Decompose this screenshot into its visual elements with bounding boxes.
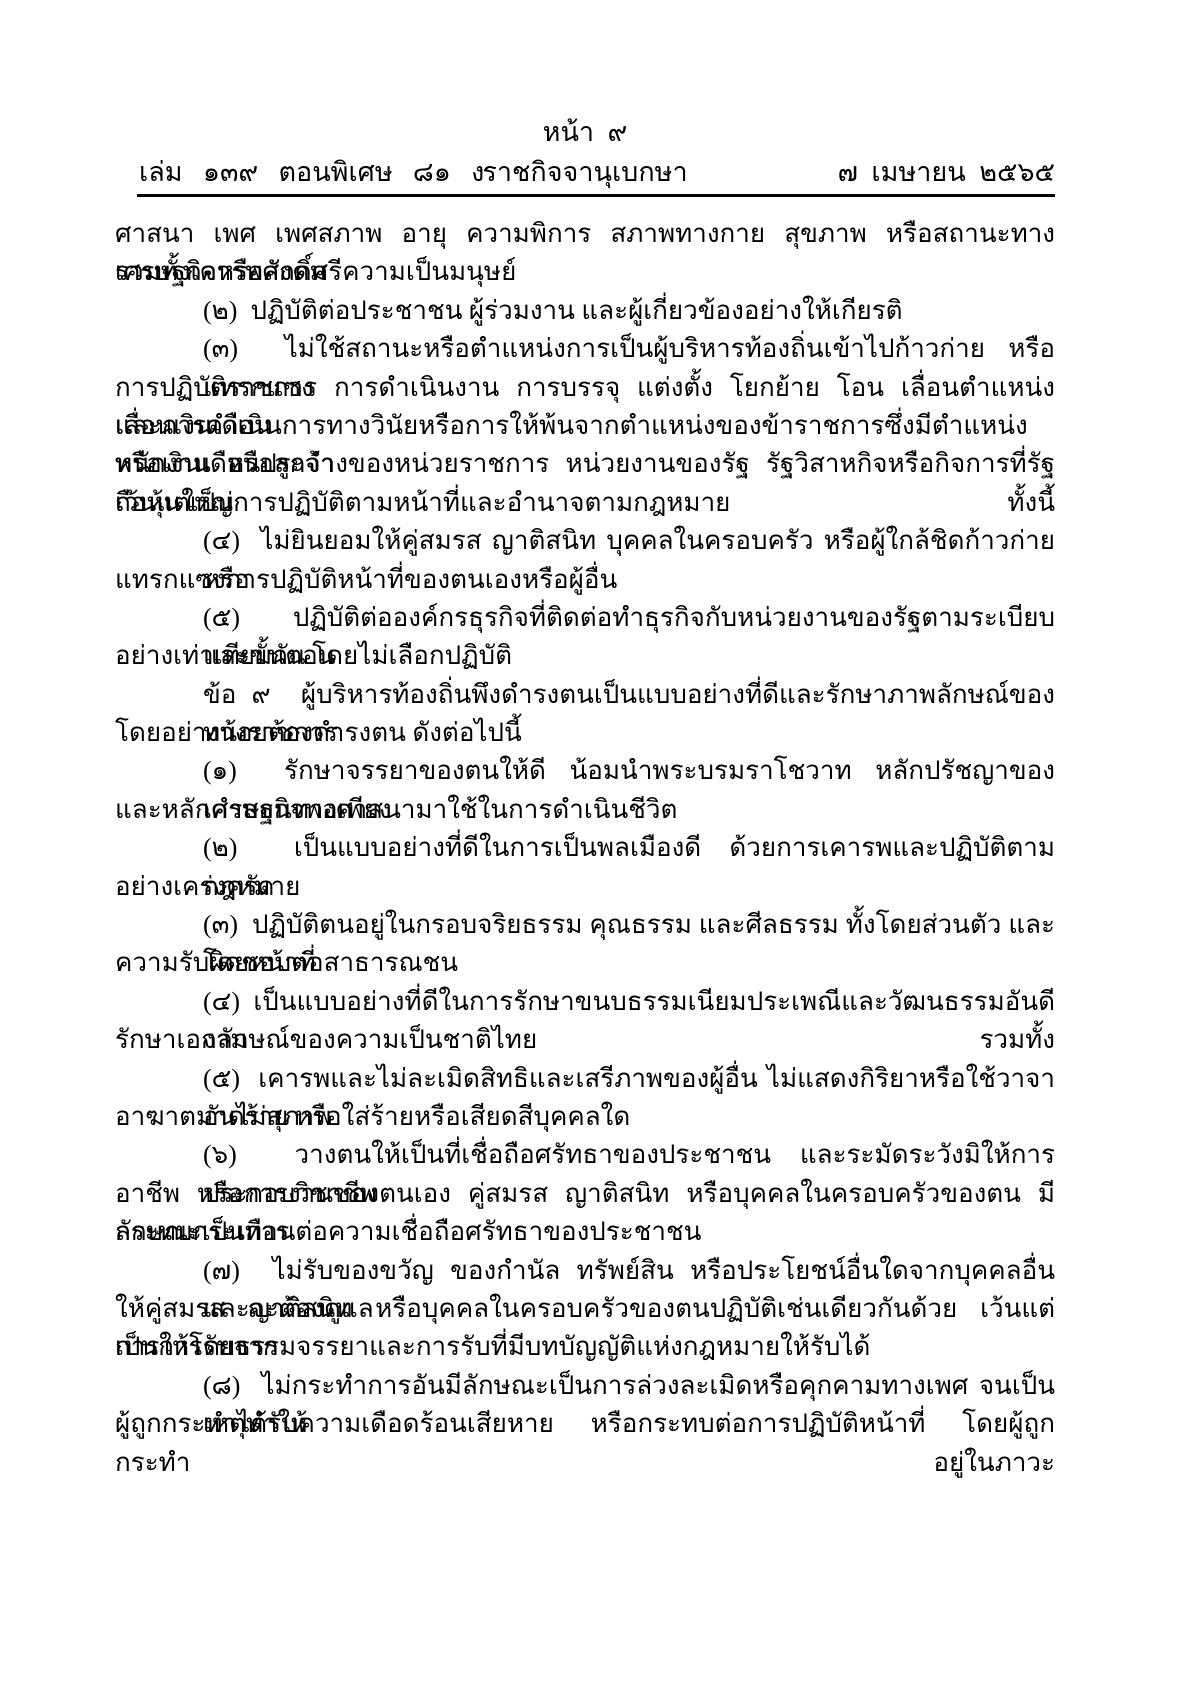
document-body: ศาสนา เพศ เพศสภาพ อายุ ความพิการ สภาพทาง… bbox=[115, 215, 1055, 1444]
gazette-page: หน้า ๙ เล่ม ๑๓๙ ตอนพิเศษ ๘๑ ง ราชกิจจานุ… bbox=[0, 0, 1190, 1684]
page-number-label: หน้า ๙ bbox=[115, 112, 1055, 152]
text-line: การให้โดยธรรมจรรยาและการรับที่มีบทบัญญัต… bbox=[115, 1328, 1055, 1366]
text-line: การปฏิบัติราชการ การดำเนินงาน การบรรจุ แ… bbox=[115, 369, 1055, 407]
text-line: รวมทั้งเคารพศักดิ์ศรีความเป็นมนุษย์ bbox=[115, 253, 1055, 291]
text-line: (๓) ปฏิบัติตนอยู่ในกรอบจริยธรรม คุณธรรม … bbox=[115, 906, 1055, 944]
header-rule bbox=[137, 194, 1055, 197]
date-label: ๗ เมษายน ๒๕๖๕ bbox=[838, 152, 1055, 192]
text-line: (๗) ไม่รับของขวัญ ของกำนัล ทรัพย์สิน หรื… bbox=[115, 1252, 1055, 1290]
text-line: (๘) ไม่กระทำการอันมีลักษณะเป็นการล่วงละเ… bbox=[115, 1367, 1055, 1405]
text-line: (๔) เป็นแบบอย่างที่ดีในการรักษาขนบธรรมเน… bbox=[115, 983, 1055, 1021]
text-line: ศาสนา เพศ เพศสภาพ อายุ ความพิการ สภาพทาง… bbox=[115, 215, 1055, 253]
text-line: กระทบกระเทือนต่อความเชื่อถือศรัทธาของประ… bbox=[115, 1213, 1055, 1251]
text-line: (๑) รักษาจรรยาของตนให้ดี น้อมนำพระบรมราโ… bbox=[115, 752, 1055, 790]
text-line: (๕) เคารพและไม่ละเมิดสิทธิและเสรีภาพของผ… bbox=[115, 1060, 1055, 1098]
text-line: ความรับผิดชอบต่อสาธารณชน bbox=[115, 944, 1055, 982]
page-content: หน้า ๙ เล่ม ๑๓๙ ตอนพิเศษ ๘๑ ง ราชกิจจานุ… bbox=[115, 112, 1055, 1444]
text-line: อาฆาตมาดร้าย หรือใส่ร้ายหรือเสียดสีบุคคล… bbox=[115, 1098, 1055, 1136]
text-line: อย่างเท่าเทียมกัน โดยไม่เลือกปฏิบัติ bbox=[115, 637, 1055, 675]
text-line: อย่างเคร่งครัด bbox=[115, 868, 1055, 906]
text-line: (๒) เป็นแบบอย่างที่ดีในการเป็นพลเมืองดี … bbox=[115, 829, 1055, 867]
text-line: (๕) ปฏิบัติต่อองค์กรธุรกิจที่ติดต่อทำธุร… bbox=[115, 599, 1055, 637]
text-line: (๔) ไม่ยินยอมให้คู่สมรส ญาติสนิท บุคคลใน… bbox=[115, 522, 1055, 560]
text-line: ข้อ ๙ ผู้บริหารท้องถิ่นพึงดำรงตนเป็นแบบอ… bbox=[115, 676, 1055, 714]
text-line: และหลักคำสอนทางศาสนามาใช้ในการดำเนินชีวิ… bbox=[115, 791, 1055, 829]
text-line: (๓) ไม่ใช้สถานะหรือตำแหน่งการเป็นผู้บริห… bbox=[115, 330, 1055, 368]
text-line: แทรกแซงการปฏิบัติหน้าที่ของตนเองหรือผู้อ… bbox=[115, 561, 1055, 599]
text-line: (๒) ปฏิบัติต่อประชาชน ผู้ร่วมงาน และผู้เ… bbox=[115, 292, 1055, 330]
text-line: (๖) วางตนให้เป็นที่เชื่อถือศรัทธาของประช… bbox=[115, 1136, 1055, 1174]
text-line: พนักงาน หรือลูกจ้างของหน่วยราชการ หน่วยง… bbox=[115, 445, 1055, 483]
volume-issue-label: เล่ม ๑๓๙ ตอนพิเศษ ๘๑ ง bbox=[139, 152, 484, 192]
text-line: อาชีพ หรือการงานของตนเอง คู่สมรส ญาติสนิ… bbox=[115, 1175, 1055, 1213]
text-line: โดยอย่างน้อยต้องดำรงตน ดังต่อไปนี้ bbox=[115, 714, 1055, 752]
header-row: เล่ม ๑๓๙ ตอนพิเศษ ๘๑ ง ราชกิจจานุเบกษา ๗… bbox=[115, 152, 1055, 192]
text-line: ผู้ถูกกระทำได้รับความเดือดร้อนเสียหาย หร… bbox=[115, 1405, 1055, 1443]
text-line: ให้คู่สมรส ญาติสนิท หรือบุคคลในครอบครัวข… bbox=[115, 1290, 1055, 1328]
text-line: และการดำเนินการทางวินัยหรือการให้พ้นจากต… bbox=[115, 407, 1055, 445]
